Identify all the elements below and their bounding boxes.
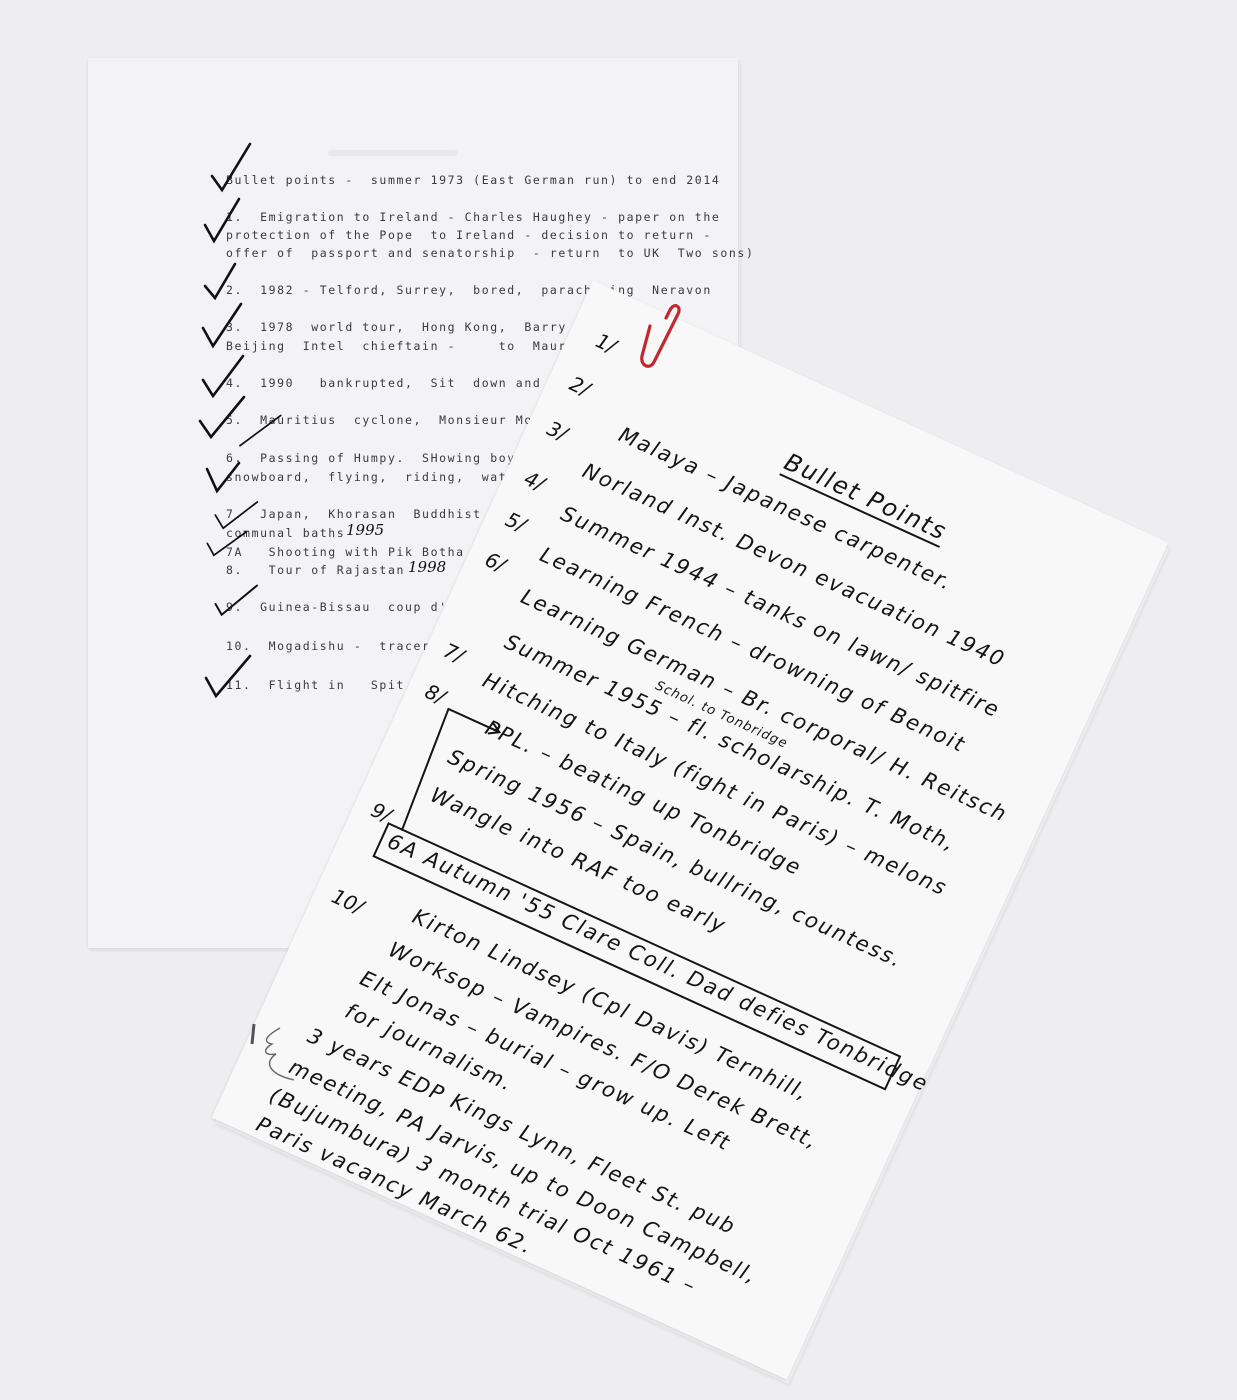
item-number: 5/ — [502, 507, 530, 537]
check-mark-icon — [210, 142, 256, 194]
faint-heading-mark — [328, 150, 458, 156]
check-mark-icon — [201, 298, 247, 350]
typed-line: 7. Japan, Khorasan Buddhist mo — [226, 507, 507, 521]
item-number: 1/ — [592, 328, 620, 358]
check-mark-icon — [203, 195, 249, 247]
item-number: 4/ — [521, 466, 549, 496]
typed-line: Beijing Intel chieftain - to Mauritiu — [226, 339, 601, 353]
typed-line: 10. Mogadishu - tracer — [226, 639, 431, 653]
typed-line: 2. 1982 - Telford, Surrey, bored, parach… — [226, 283, 712, 297]
typed-line: 11. Flight in Spit — [226, 678, 405, 692]
check-mark-icon — [206, 520, 252, 572]
typed-line: 8. Tour of Rajastan — [226, 563, 405, 577]
typed-line: 9. Guinea-Bissau coup d'e — [226, 600, 456, 614]
typed-line: protection of the Pope to Ireland - deci… — [226, 228, 712, 242]
item-number: 10/ — [328, 884, 367, 919]
handwritten-year: 1998 — [408, 558, 446, 576]
check-mark-icon — [204, 652, 250, 704]
item-number: 7/ — [440, 638, 468, 668]
typed-line: 1. Emigration to Ireland - Charles Haugh… — [226, 210, 720, 224]
check-mark-icon — [198, 393, 244, 445]
typed-line: 6. Passing of Humpy. SHowing boys — [226, 451, 524, 465]
item-number: 3/ — [543, 416, 571, 446]
typed-line: 4. 1990 bankrupted, Sit down and make — [226, 376, 584, 390]
typed-line: snowboard, flying, riding, water- — [226, 470, 533, 484]
initials-signature — [248, 1022, 304, 1084]
handwritten-year: 1995 — [346, 521, 384, 539]
typed-heading: Bullet points - summer 1973 (East German… — [226, 173, 720, 187]
paperclip-icon — [640, 304, 690, 374]
typed-line: offer of passport and senatorship - retu… — [226, 246, 754, 260]
check-mark-icon — [214, 578, 260, 630]
typed-line: 3. 1978 world tour, Hong Kong, Barry - C… — [226, 320, 610, 334]
check-mark-icon — [240, 400, 286, 452]
item-number: 6/ — [481, 547, 509, 577]
typed-line: 7A Shooting with Pik Botha 19 — [226, 545, 490, 559]
item-number: 2/ — [566, 371, 594, 401]
